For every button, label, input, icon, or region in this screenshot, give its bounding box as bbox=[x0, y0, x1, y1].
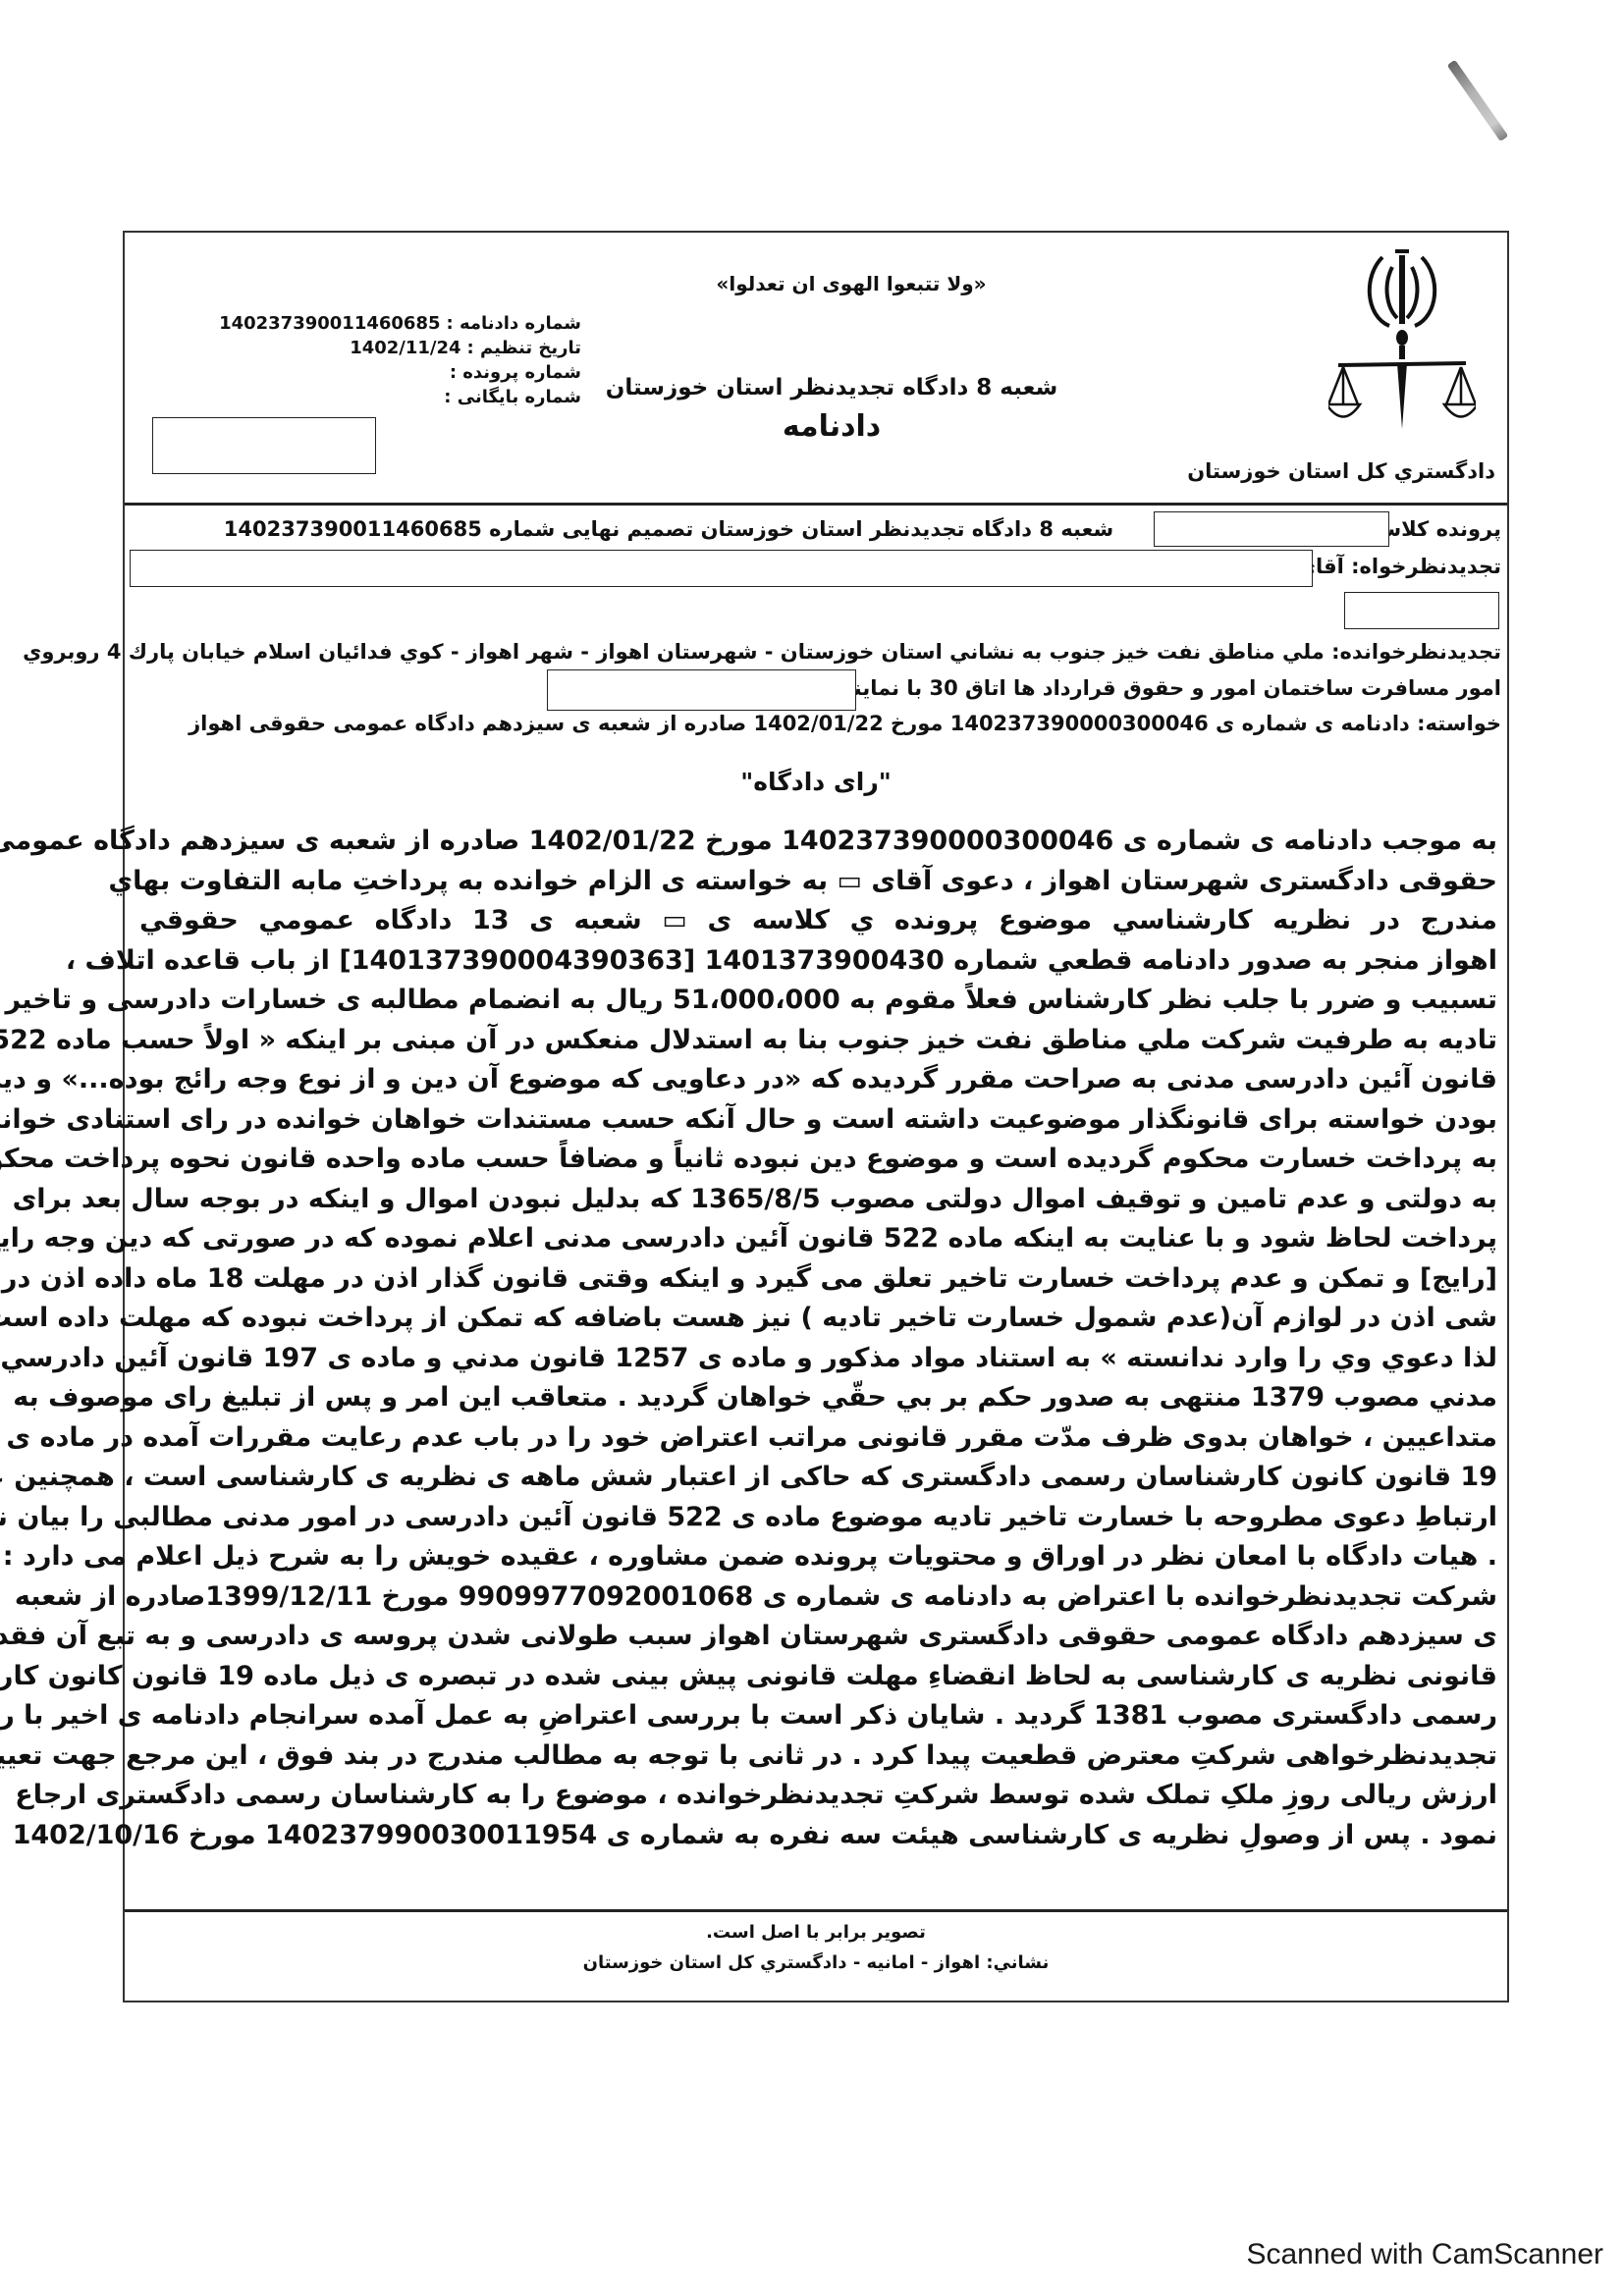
redacted-file-class bbox=[1154, 511, 1389, 547]
body-line: شی اذن در لوازم آن(عدم شمول خسارت تاخیر … bbox=[139, 1299, 1497, 1339]
body-line: رسمی دادگستری مصوب 1381 گردید . شایان ذک… bbox=[139, 1696, 1497, 1736]
body-line: . هیات دادگاه با امعان نظر در اوراق و مح… bbox=[139, 1537, 1497, 1577]
meta-verdict-number: شماره دادنامه : 14023739001146068​5 bbox=[218, 311, 581, 336]
court-branch-title: شعبه 8 دادگاه تجدیدنظر استان خوزستان bbox=[537, 375, 1126, 400]
body-line: ارتباطِ دعوی مطروحه با خسارت تاخیر تادیه… bbox=[139, 1498, 1497, 1538]
body-line: نمود . پس از وصولِ نظریه ی کارشناسی هیئت… bbox=[139, 1816, 1497, 1856]
ruling-body: به موجب دادنامه ی شماره ی 14023739000030… bbox=[139, 822, 1497, 1855]
body-line: به دولتی و عدم تامین و توقیف اموال دولتی… bbox=[139, 1180, 1497, 1220]
court-address: نشاني: اهواز - امانیه - دادگستري كل استا… bbox=[125, 1952, 1507, 1973]
body-line: پرداخت لحاظ شود و با عنایت به اینکه ماده… bbox=[139, 1219, 1497, 1259]
pen-mark-scan-artifact bbox=[1447, 60, 1509, 142]
body-line: تجدیدنظرخواهی شرکتِ معترض قطعیت پیدا کرد… bbox=[139, 1736, 1497, 1777]
parties-section: پرونده كلاسه شعبه 8 دادگاه تجدیدنظر استا… bbox=[125, 507, 1507, 743]
document-type-title: دادنامه bbox=[537, 409, 1126, 444]
body-line: اهواز منجر به صدور دادنامه قطعي شماره 14… bbox=[139, 941, 1497, 982]
body-line: شرکت تجدیدنظرخوانده با اعتراض به دادنامه… bbox=[139, 1577, 1497, 1618]
scales-of-justice-icon bbox=[1328, 247, 1476, 434]
redacted-appellant-name bbox=[130, 550, 1313, 587]
respondent-address-cont: امور مسافرت ساختمان امور و حقوق قرارداد … bbox=[809, 676, 1501, 700]
meta-case-number: شماره پرونده : bbox=[218, 360, 581, 385]
body-line: تسبیب و ضرر با جلب نظر کارشناس فعلاً مقو… bbox=[139, 981, 1497, 1021]
body-line: ارزش ریالی روزِ ملکِ تملک شده توسط شرکتِ… bbox=[139, 1776, 1497, 1816]
certified-copy-note: تصویر برابر با اصل است. bbox=[125, 1922, 1507, 1943]
body-line: متداعیین ، خواهان بدوی ظرف مدّت مقرر قان… bbox=[139, 1418, 1497, 1459]
claim-line: خواسته: دادنامه ی شماره ی 14023739000030… bbox=[189, 712, 1501, 735]
quran-verse: «ولا تتبعوا الهوی ان تعدلوا» bbox=[635, 272, 1067, 295]
body-line: مندرج در نظریه کارشناسي موضوع پرونده ي ك… bbox=[139, 901, 1497, 941]
document-footer: تصویر برابر با اصل است. نشاني: اهواز - ا… bbox=[125, 1909, 1507, 2001]
body-line: مدني مصوب 1379 منتهی به صدور حكم بر بي ح… bbox=[139, 1378, 1497, 1418]
body-line: به موجب دادنامه ی شماره ی 14023739000030… bbox=[139, 822, 1497, 862]
court-verdict-document: دادگستري كل استان خوزستان «ولا تتبعوا ال… bbox=[123, 231, 1509, 2002]
redacted-case-archive-box bbox=[152, 417, 376, 474]
redacted-representative bbox=[547, 669, 856, 711]
body-line: ی سیزدهم دادگاه عمومی حقوقی دادگستری شهر… bbox=[139, 1617, 1497, 1657]
judiciary-emblem: دادگستري كل استان خوزستان bbox=[1289, 247, 1495, 483]
body-line: به پرداخت خسارت محکوم گردیده است و موضوع… bbox=[139, 1140, 1497, 1180]
respondent-line: تجدیدنظرخوانده: ملي مناطق نفت خیز جنوب ب… bbox=[23, 640, 1501, 664]
emblem-caption: دادگستري كل استان خوزستان bbox=[1187, 459, 1495, 483]
meta-issue-date: تاریخ تنظیم : 1402/11/24 bbox=[218, 336, 581, 360]
body-line: بودن خواسته برای قانونگذار موضوعیت داشته… bbox=[139, 1100, 1497, 1141]
body-line: لذا دعوي وي را وارد ندانسته » به استناد … bbox=[139, 1339, 1497, 1379]
scanner-watermark: Scanned with CamScanner bbox=[1246, 2238, 1603, 2271]
redacted-appellant-extra bbox=[1344, 592, 1499, 629]
body-line: حقوقی دادگستری شهرستان اهواز ، دعوی آقای… bbox=[139, 862, 1497, 902]
appellant-line: تجدیدنظرخواه: آقای bbox=[1297, 555, 1501, 578]
body-line: [رایج] و تمکن و عدم پرداخت خسارت تاخیر ت… bbox=[139, 1259, 1497, 1300]
body-line: تادیه به طرفیت شركت ملي مناطق نفت خیز جن… bbox=[139, 1021, 1497, 1061]
document-header: دادگستري كل استان خوزستان «ولا تتبعوا ال… bbox=[125, 233, 1507, 506]
meta-archive-number: شماره بایگانی : bbox=[218, 385, 581, 409]
document-meta: شماره دادنامه : 14023739001146068​5 تاری… bbox=[218, 311, 581, 409]
body-line: قانون آئین دادرسی مدنی به صراحت مقرر گرد… bbox=[139, 1060, 1497, 1100]
body-line: قانونی نظریه ی کارشناسی به لحاظ انقضاءِ … bbox=[139, 1657, 1497, 1697]
body-line: 19 قانون کانون کارشناسان رسمی دادگستری ک… bbox=[139, 1458, 1497, 1498]
ruling-title: "رای دادگاه" bbox=[125, 768, 1507, 796]
